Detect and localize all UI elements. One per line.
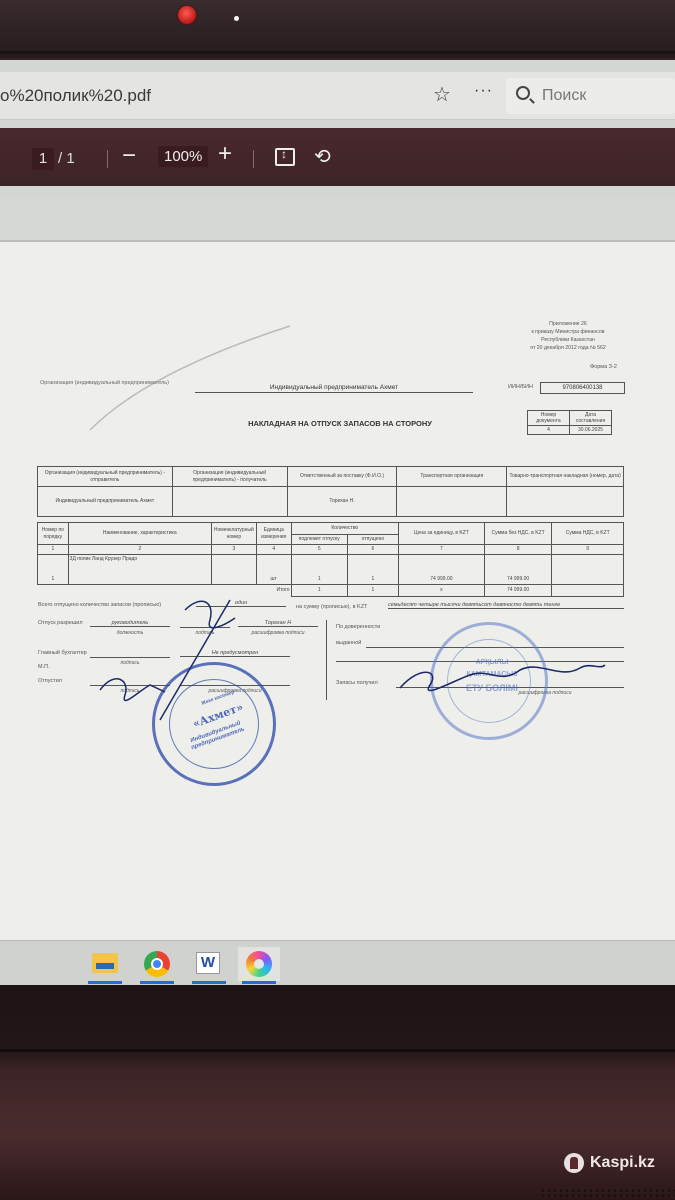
chief-accountant-label: Главный бухгалтер (38, 650, 87, 656)
stamp-line: ЕТУ БӨЛІМІ (453, 683, 531, 693)
camera-led-icon (234, 16, 239, 21)
item-qty-released: 1 (347, 555, 398, 585)
col-number: 7 (398, 545, 484, 555)
parties-value: Торехан Н. (287, 487, 397, 517)
active-indicator (242, 981, 276, 984)
laptop-top-bezel (0, 0, 675, 58)
document-number-table: Номер документа Дата составления 4 30.06… (527, 410, 612, 435)
toolbar-divider (107, 150, 108, 168)
totals-row: Итого 1 1 x 74 999.00 (38, 585, 624, 597)
col-header: подлежит отпуску (291, 535, 347, 545)
appendix-line: к приказу Министра финансов (508, 328, 628, 336)
total-qty-to-release: 1 (291, 585, 347, 597)
issued-label: выданной (336, 640, 361, 646)
page-count: / 1 (58, 150, 75, 167)
seal-label: М.П. (38, 664, 50, 670)
pen-mark (90, 326, 290, 430)
total-vat-sum (552, 585, 624, 597)
col-number: 5 (291, 545, 347, 555)
taskbar-word[interactable]: W (188, 947, 230, 981)
item-qty-to-release: 1 (291, 555, 347, 585)
toolbar-divider (253, 150, 254, 168)
parties-value: Индивидуальный предприниматель Ахмет (38, 487, 173, 517)
parties-header: Организация (индивидуальный предпринимат… (38, 467, 173, 487)
appendix-note: Приложение 26 к приказу Министра финансо… (508, 320, 628, 352)
photo-of-laptop: o%20полик%20.pdf ☆ ··· Поиск 1 / 1 − 100… (0, 0, 675, 1200)
pdf-toolbar: 1 / 1 − 100% + ⟲ (0, 128, 675, 186)
taskbar-file-explorer[interactable] (84, 947, 126, 981)
caption-position: должность (90, 630, 170, 636)
favorite-star-icon[interactable]: ☆ (433, 82, 451, 107)
sum-words-label: на сумму (прописью), в KZT (296, 604, 367, 610)
receiver-stamp: АРҚЫЛЫ ҚАМТАМАСЫЗ ЕТУ БӨЛІМІ (430, 622, 548, 740)
col-number: 9 (552, 545, 624, 555)
rotate-icon[interactable]: ⟲ (314, 144, 331, 169)
item-vat-sum (552, 555, 624, 585)
col-header: Единица измерения (256, 523, 291, 545)
released-line (90, 678, 170, 686)
table-row: 1 3Д полик Ланд Крузер Прадо шт 1 1 74 9… (38, 555, 624, 585)
col-header: Цена за единицу, в KZT (398, 523, 484, 545)
totals-label: Итого (38, 585, 292, 597)
fit-page-icon[interactable] (275, 148, 295, 166)
folder-icon (92, 953, 118, 973)
laptop-screen: o%20полик%20.pdf ☆ ··· Поиск 1 / 1 − 100… (0, 60, 675, 985)
sender-stamp: Жеке кәсіпкер «Ахмет» Индивидуальный пре… (152, 662, 276, 786)
inn-label: ИИН/БИН (508, 384, 533, 390)
release-allowed-label: Отпуск разрешил (38, 620, 83, 626)
release-allowed-name: Торехан Н (238, 620, 318, 627)
col-number: 4 (256, 545, 291, 555)
col-number: 2 (68, 545, 211, 555)
total-released-label: Всего отпущено количество запасов (пропи… (38, 602, 161, 608)
webcam-icon (178, 6, 196, 24)
document-title: НАКЛАДНАЯ НА ОТПУСК ЗАПАСОВ НА СТОРОНУ (190, 419, 490, 428)
parties-header: Транспортная организация (397, 467, 507, 487)
col-header: Наименование, характеристика (68, 523, 211, 545)
chief-accountant-line (90, 650, 170, 658)
item-price: 74 999.00 (398, 555, 484, 585)
col-header: отпущено (347, 535, 398, 545)
form-code: Форма З-2 (590, 364, 617, 370)
doc-date: 30.06.2025 (570, 426, 612, 435)
col-header: Номер по порядку (38, 523, 69, 545)
browser-address-bar[interactable]: o%20полик%20.pdf ☆ ··· Поиск (0, 72, 675, 120)
appendix-line: Приложение 26 (508, 320, 628, 328)
zoom-in-button[interactable]: + (218, 140, 232, 168)
items-table: Номер по порядку Наименование, характери… (37, 522, 624, 597)
zoom-level[interactable]: 100% (158, 146, 208, 167)
col-header: Сумма НДС, в KZT (552, 523, 624, 545)
speaker-grille (540, 1188, 675, 1198)
appendix-line: от 20 декабря 2012 года № 562 (508, 344, 628, 352)
col-header: Сумма без НДС, в KZT (484, 523, 551, 545)
url-text[interactable]: o%20полик%20.pdf (0, 86, 151, 106)
active-indicator (192, 981, 226, 984)
released-label: Отпустил (38, 678, 62, 684)
item-unit: шт (256, 555, 291, 585)
doc-number-header: Номер документа (528, 411, 570, 426)
signature-divider (326, 620, 327, 700)
item-name: 3Д полик Ланд Крузер Прадо (68, 555, 211, 585)
release-allowed-position: руководитель (90, 620, 170, 627)
col-number: 8 (484, 545, 551, 555)
more-options-icon[interactable]: ··· (474, 82, 493, 100)
item-nomenclature (211, 555, 256, 585)
laptop-hinge (0, 1049, 675, 1052)
chief-accountant-decode: Не предусмотрен (180, 650, 290, 657)
zoom-out-button[interactable]: − (122, 142, 136, 170)
total-released-value: один (196, 600, 286, 607)
word-icon: W (196, 952, 220, 974)
kaspi-watermark: Kaspi.kz (564, 1153, 655, 1173)
search-box[interactable]: Поиск (506, 78, 675, 114)
total-qty-released: 1 (347, 585, 398, 597)
search-placeholder: Поиск (542, 87, 586, 105)
parties-value (507, 487, 624, 517)
doc-date-header: Дата составления (570, 411, 612, 426)
caption-signature: подпись (180, 630, 230, 636)
received-label: Запасы получил (336, 680, 378, 686)
copilot-icon (246, 951, 272, 977)
appendix-line: Республики Казахстан (508, 336, 628, 344)
pdf-page: Приложение 26 к приказу Министра финансо… (0, 240, 675, 940)
item-num: 1 (38, 555, 69, 585)
col-number: 1 (38, 545, 69, 555)
parties-table: Организация (индивидуальный предпринимат… (37, 466, 624, 517)
page-number-input[interactable]: 1 (32, 148, 54, 170)
parties-header: Ответственный за поставку (Ф.И.О.) (287, 467, 397, 487)
parties-header: Организация (индивидуальный предпринимат… (172, 467, 287, 487)
stamp-inner-ring (447, 639, 531, 723)
active-indicator (140, 981, 174, 984)
watermark-text: Kaspi.kz (590, 1154, 655, 1172)
caption-decode: расшифровка подписи (238, 630, 318, 636)
item-sum-no-vat: 74 999.00 (484, 555, 551, 585)
sum-words-value: семьдесят четыре тысячи девятьсот девяно… (388, 602, 624, 609)
released-caption: подпись (90, 688, 170, 694)
total-price: x (398, 585, 484, 597)
organization-value: Индивидуальный предприниматель Ахмет (195, 384, 473, 393)
parties-header: Товарно-транспортная накладная (номер, д… (507, 467, 624, 487)
col-number: 3 (211, 545, 256, 555)
parties-value (397, 487, 507, 517)
chief-accountant-caption: подпись (90, 660, 170, 666)
active-indicator (88, 981, 122, 984)
col-number: 6 (347, 545, 398, 555)
doc-number: 4 (528, 426, 570, 435)
chrome-icon (144, 951, 170, 977)
col-header: Количество (291, 523, 398, 535)
taskbar-chrome[interactable] (136, 947, 178, 981)
taskbar: W (0, 940, 675, 985)
total-sum-no-vat: 74 999.00 (484, 585, 551, 597)
proxy-label: По доверенности (336, 624, 380, 630)
kaspi-logo-icon (564, 1153, 584, 1173)
pdf-viewer: Приложение 26 к приказу Министра финансо… (0, 196, 675, 941)
release-allowed-signature-line (180, 620, 230, 628)
parties-value (172, 487, 287, 517)
taskbar-copilot[interactable] (238, 947, 280, 981)
stamp-line: ҚАМТАМАСЫЗ (453, 671, 531, 678)
organization-label: Организация (индивидуальный предпринимат… (40, 380, 169, 386)
col-header: Номенклатурный номер (211, 523, 256, 545)
search-icon (516, 86, 530, 100)
inn-value: 970806400138 (540, 382, 625, 394)
stamp-line: АРҚЫЛЫ (453, 659, 531, 666)
